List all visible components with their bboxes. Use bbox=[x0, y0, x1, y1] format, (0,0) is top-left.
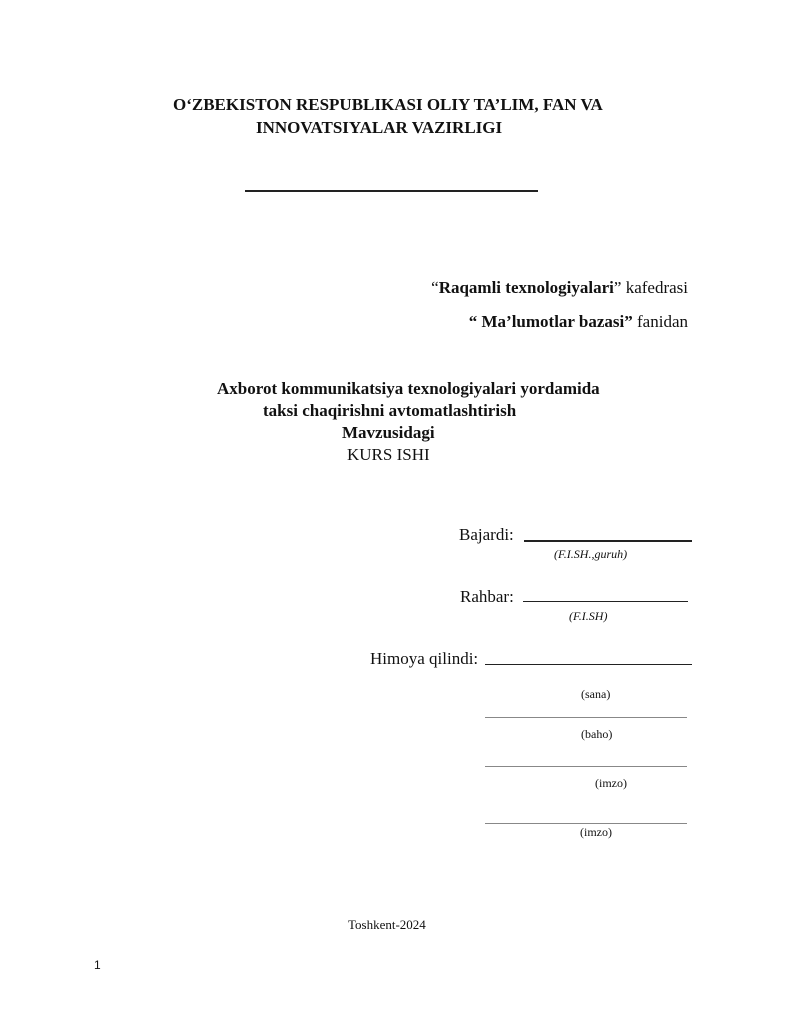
rahbar-blank bbox=[523, 601, 688, 602]
bajardi-blank bbox=[524, 540, 692, 542]
page-number: 1 bbox=[94, 958, 101, 972]
rahbar-hint: (F.I.SH) bbox=[569, 609, 607, 624]
city-year: Toshkent-2024 bbox=[348, 917, 426, 933]
topic-line1: Axborot kommunikatsiya texnologiyalari y… bbox=[217, 379, 600, 399]
department-name: Raqamli texnologiyalari bbox=[439, 278, 614, 297]
topic-line2: taksi chaqirishni avtomatlashtirish bbox=[263, 401, 516, 421]
imzo-hint-1: (imzo) bbox=[595, 776, 627, 791]
imzo-blank-1 bbox=[485, 766, 687, 767]
sana-hint: (sana) bbox=[581, 687, 610, 702]
document-type: KURS ISHI bbox=[347, 445, 430, 465]
subject-line: “ Ma’lumotlar bazasi” fanidan bbox=[469, 312, 688, 332]
rahbar-label: Rahbar: bbox=[460, 587, 514, 607]
himoya-blank bbox=[485, 664, 692, 665]
department-suffix: kafedrasi bbox=[621, 278, 688, 297]
department-line: “Raqamli texnologiyalari” kafedrasi bbox=[431, 278, 688, 298]
ministry-title-line1: O‘ZBEKISTON RESPUBLIKASI OLIY TA’LIM, FA… bbox=[173, 95, 603, 115]
baho-blank bbox=[485, 717, 687, 718]
himoya-label: Himoya qilindi: bbox=[370, 649, 478, 669]
imzo-hint-2: (imzo) bbox=[580, 825, 612, 840]
subject-name: “ Ma’lumotlar bazasi” bbox=[469, 312, 633, 331]
department-open-quote: “ bbox=[431, 278, 439, 297]
ministry-title-line2: INNOVATSIYALAR VAZIRLIGI bbox=[256, 118, 502, 138]
subject-suffix: fanidan bbox=[633, 312, 688, 331]
baho-hint: (baho) bbox=[581, 727, 612, 742]
university-name-blank bbox=[245, 190, 538, 192]
imzo-blank-2 bbox=[485, 823, 687, 824]
topic-line3: Mavzusidagi bbox=[342, 423, 435, 443]
bajardi-label: Bajardi: bbox=[459, 525, 514, 545]
bajardi-hint: (F.I.SH.,guruh) bbox=[554, 547, 627, 562]
